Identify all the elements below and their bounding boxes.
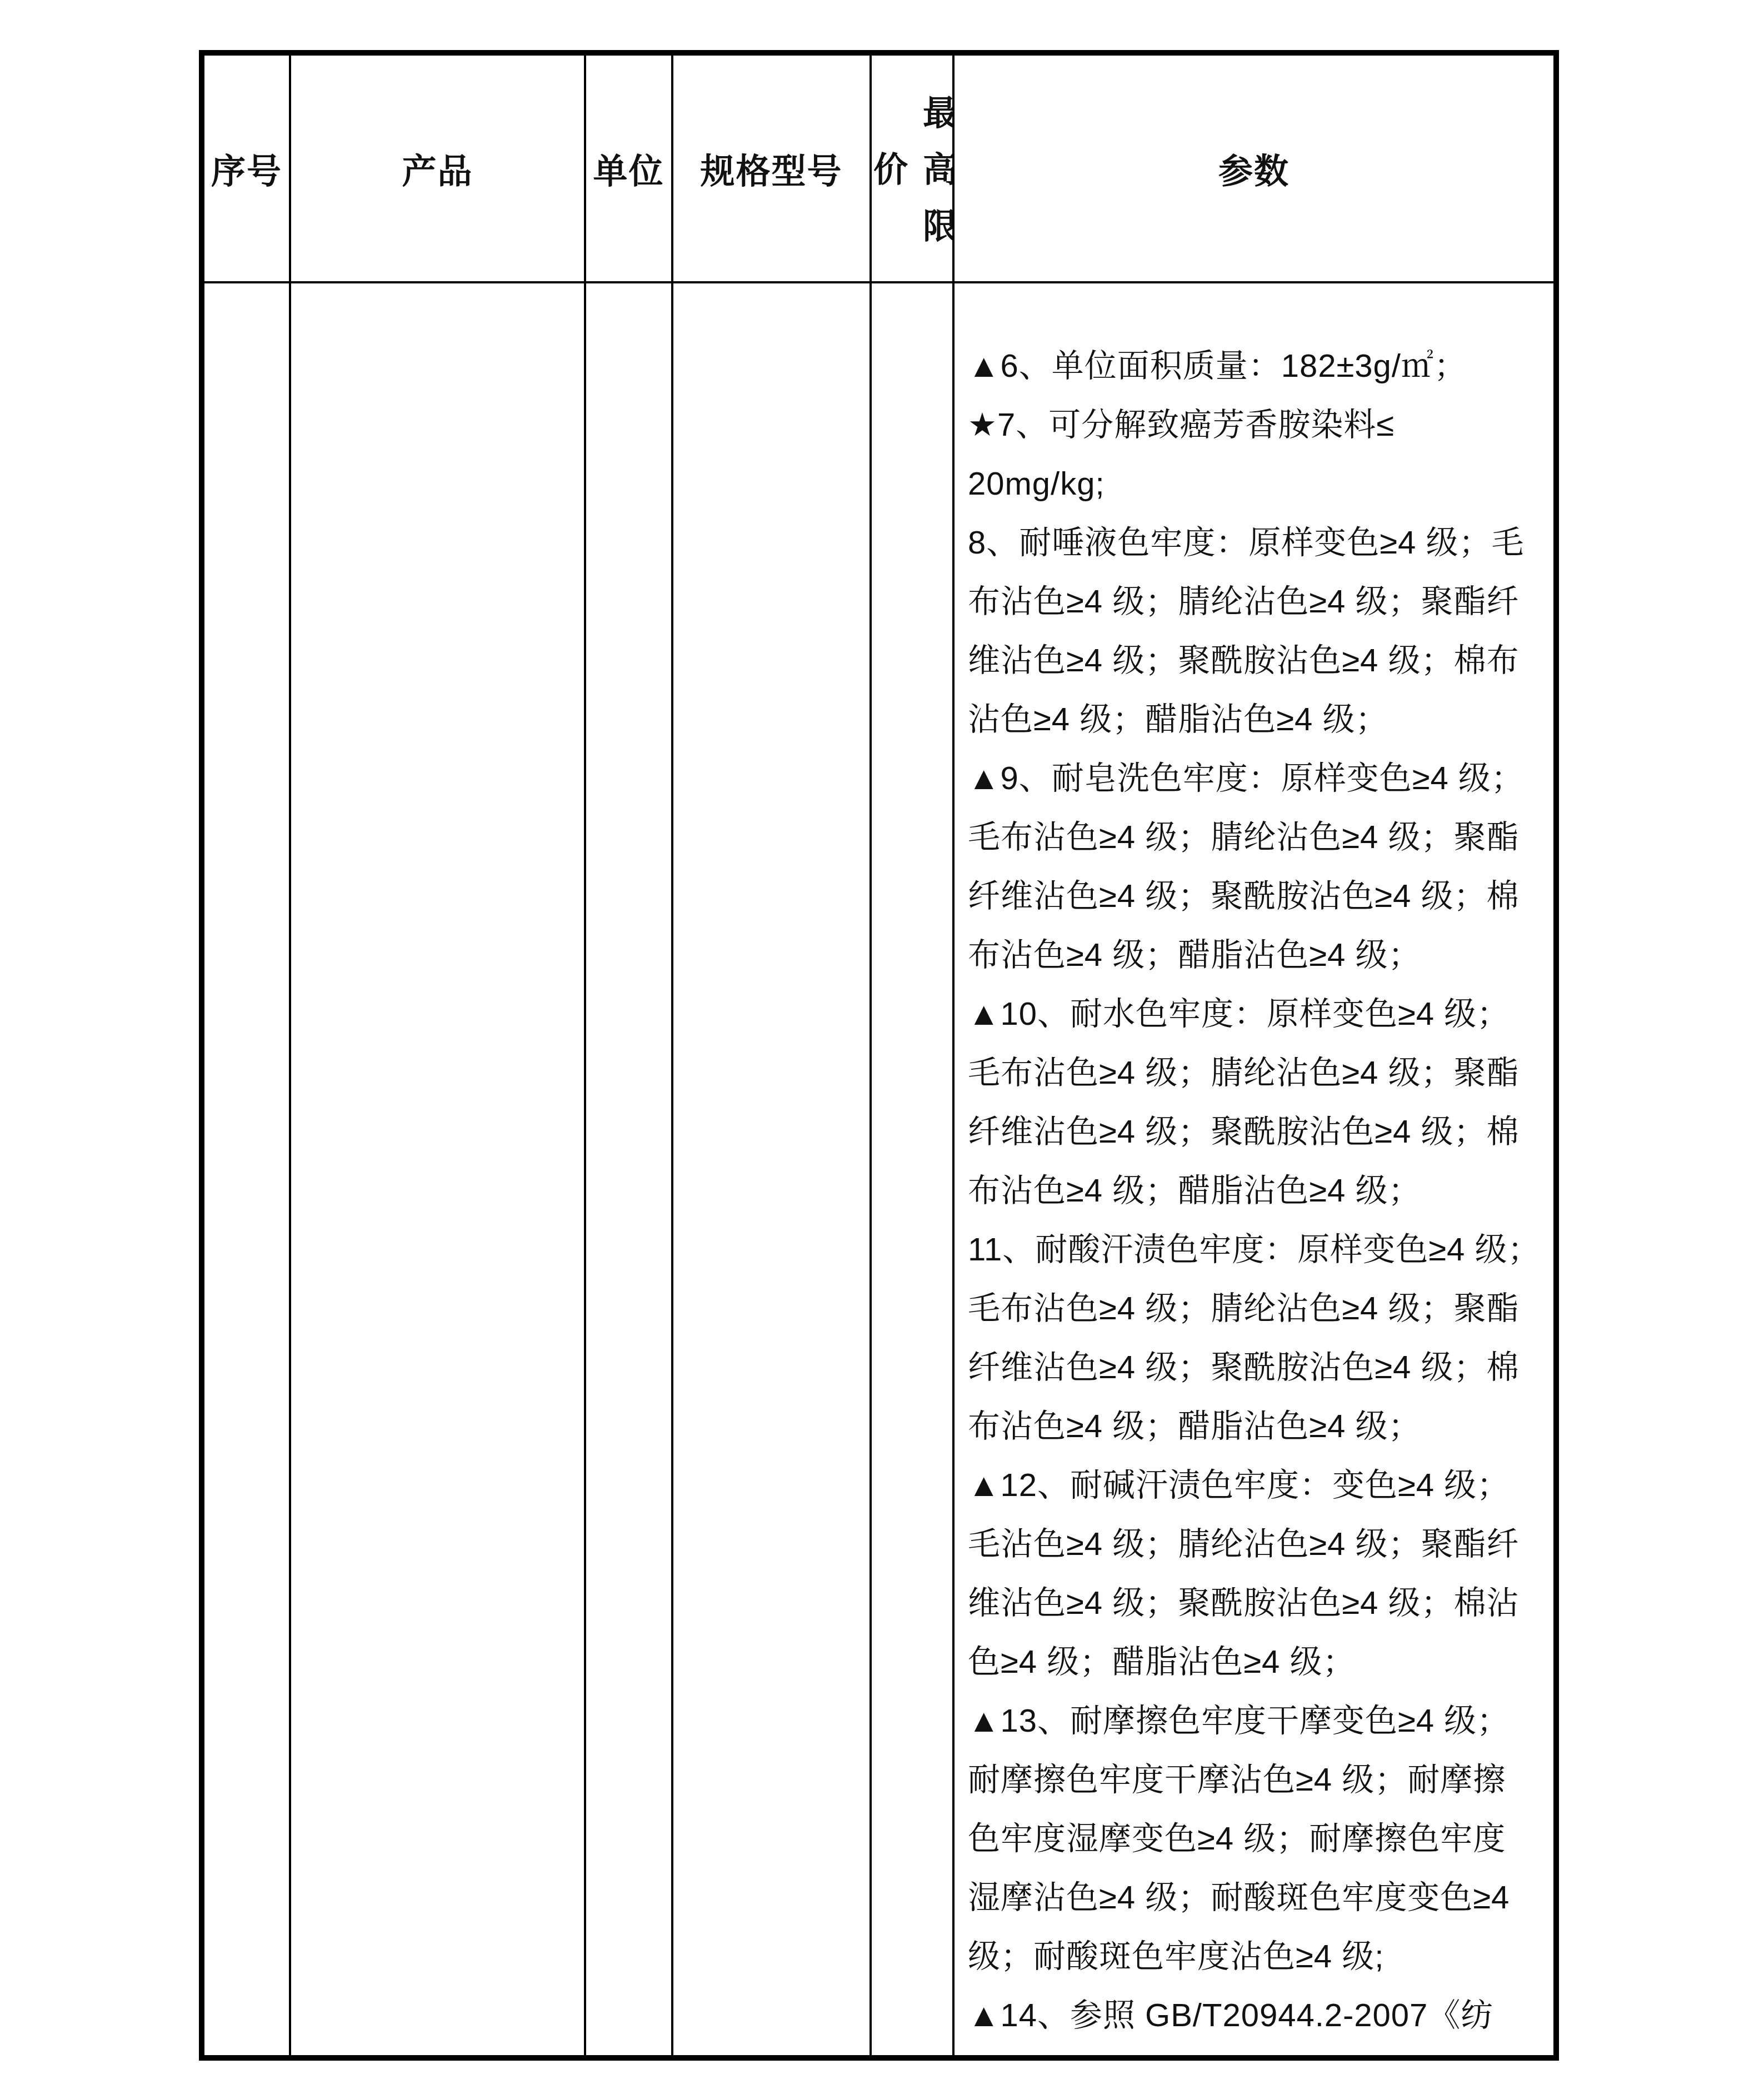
cell-parameters: ▲6、单位面积质量：182±3g/㎡； ★7、可分解致癌芳香胺染料≤ 20mg/… bbox=[955, 283, 1553, 2055]
param-line: 纤维沾色≥4 级；聚酰胺沾色≥4 级；棉 bbox=[968, 867, 1543, 926]
param-line: ▲14、参照 GB/T20944.2-2007《纺 bbox=[968, 1986, 1543, 2045]
param-line: 布沾色≥4 级；醋脂沾色≥4 级； bbox=[968, 1161, 1543, 1220]
param-line: 维沾色≥4 级；聚酰胺沾色≥4 级；棉沾 bbox=[968, 1574, 1543, 1633]
param-line: 20mg/kg; bbox=[968, 455, 1543, 513]
param-line: 布沾色≥4 级；醋脂沾色≥4 级； bbox=[968, 1397, 1543, 1456]
param-line: 布沾色≥4 级；腈纶沾色≥4 级；聚酯纤 bbox=[968, 572, 1543, 631]
spec-table: 序号 产品 单位 规格型号 最高限价 参数 ▲6、单位面积质量：182±3g/㎡… bbox=[199, 50, 1559, 2061]
param-line: 色牢度湿摩变色≥4 级；耐摩擦色牢度 bbox=[968, 1809, 1543, 1868]
param-line: ★7、可分解致癌芳香胺染料≤ bbox=[968, 396, 1543, 455]
param-line: 维沾色≥4 级；聚酰胺沾色≥4 级；棉布 bbox=[968, 631, 1543, 690]
param-line: 耐摩擦色牢度干摩沾色≥4 级；耐摩擦 bbox=[968, 1751, 1543, 1809]
param-line: 8、耐唾液色牢度：原样变色≥4 级；毛 bbox=[968, 513, 1543, 572]
param-line: 级；耐酸斑色牢度沾色≥4 级; bbox=[968, 1927, 1543, 1986]
header-product: 产品 bbox=[291, 56, 584, 281]
param-line: 毛沾色≥4 级；腈纶沾色≥4 级；聚酯纤 bbox=[968, 1515, 1543, 1574]
param-line: ▲13、耐摩擦色牢度干摩变色≥4 级； bbox=[968, 1692, 1543, 1751]
param-line: ▲10、耐水色牢度：原样变色≥4 级； bbox=[968, 985, 1543, 1044]
param-line: 毛布沾色≥4 级；腈纶沾色≥4 级；聚酯 bbox=[968, 1279, 1543, 1338]
cell-max-price bbox=[872, 283, 952, 2055]
param-line: ▲6、单位面积质量：182±3g/㎡； bbox=[968, 337, 1543, 396]
param-line: 沾色≥4 级；醋脂沾色≥4 级； bbox=[968, 690, 1543, 749]
param-line: 11、耐酸汗渍色牢度：原样变色≥4 级； bbox=[968, 1220, 1543, 1279]
param-line: 毛布沾色≥4 级；腈纶沾色≥4 级；聚酯 bbox=[968, 808, 1543, 867]
param-line: ▲9、耐皂洗色牢度：原样变色≥4 级； bbox=[968, 749, 1543, 808]
header-spec-model: 规格型号 bbox=[673, 56, 869, 281]
param-line: 毛布沾色≥4 级；腈纶沾色≥4 级；聚酯 bbox=[968, 1044, 1543, 1103]
document-page: 序号 产品 单位 规格型号 最高限价 参数 ▲6、单位面积质量：182±3g/㎡… bbox=[0, 0, 1764, 2084]
cell-spec-model bbox=[673, 283, 869, 2055]
cell-product bbox=[291, 283, 584, 2055]
header-parameters: 参数 bbox=[955, 56, 1553, 281]
param-line: ▲12、耐碱汗渍色牢度：变色≥4 级； bbox=[968, 1456, 1543, 1515]
header-index: 序号 bbox=[204, 56, 289, 281]
header-max-price-limit: 最高限价 bbox=[872, 56, 952, 281]
param-line: 色≥4 级；醋脂沾色≥4 级； bbox=[968, 1633, 1543, 1692]
param-line: 纤维沾色≥4 级；聚酰胺沾色≥4 级；棉 bbox=[968, 1103, 1543, 1161]
param-line: 湿摩沾色≥4 级；耐酸斑色牢度变色≥4 bbox=[968, 1868, 1543, 1927]
cell-index bbox=[204, 283, 289, 2055]
param-line: 布沾色≥4 级；醋脂沾色≥4 级； bbox=[968, 926, 1543, 985]
cell-unit bbox=[586, 283, 671, 2055]
header-unit: 单位 bbox=[586, 56, 671, 281]
param-line: 纤维沾色≥4 级；聚酰胺沾色≥4 级；棉 bbox=[968, 1338, 1543, 1397]
